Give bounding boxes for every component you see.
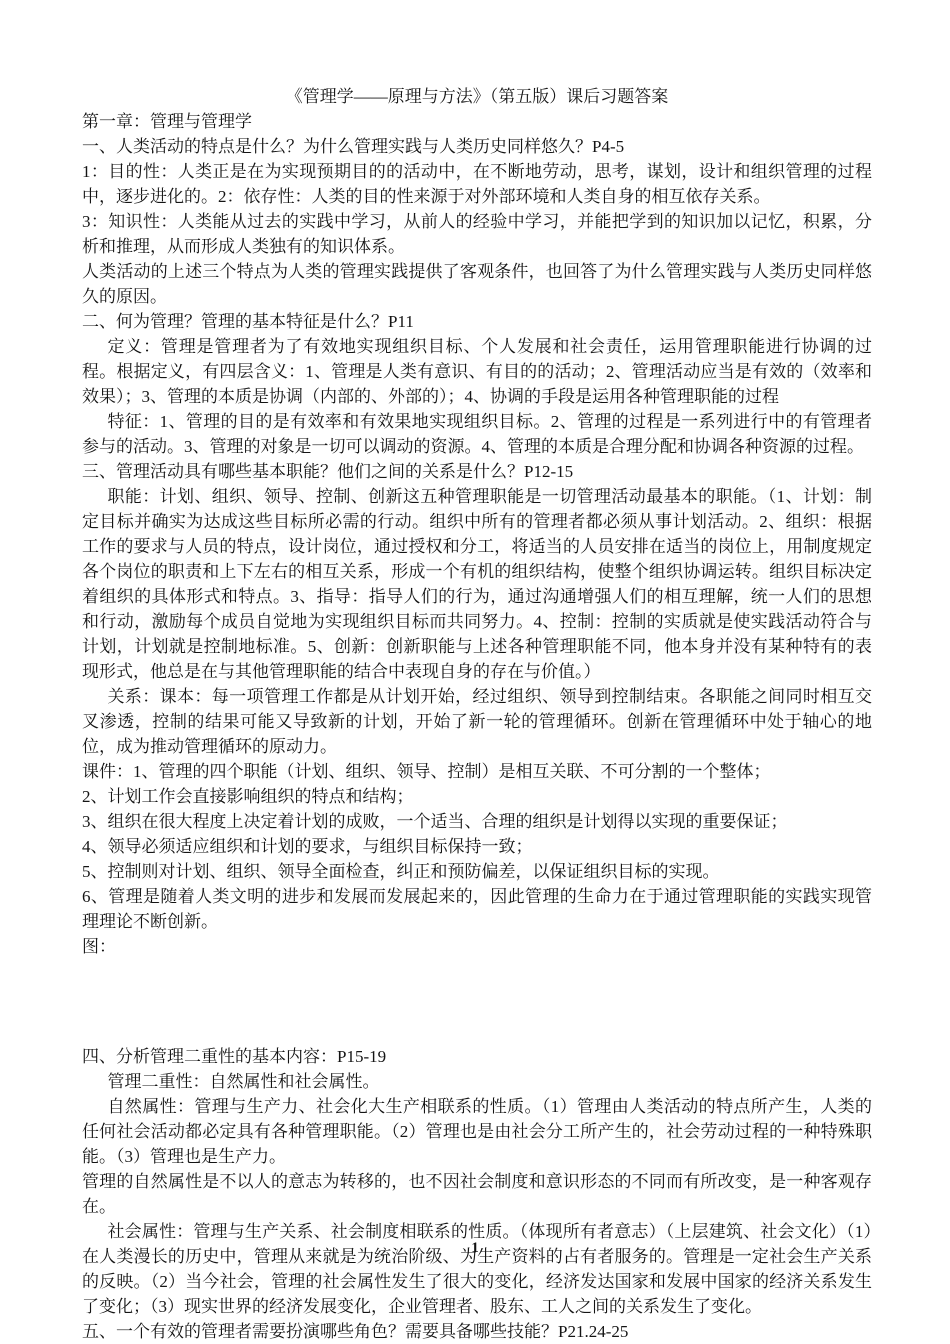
answer-3-courseware-point-2: 2、计划工作会直接影响组织的特点和结构； — [82, 784, 872, 809]
figure-placeholder — [82, 959, 872, 1044]
document-body: 《管理学——原理与方法》（第五版）课后习题答案 第一章：管理与管理学 一、人类活… — [82, 84, 872, 1344]
answer-3-courseware-point-3: 3、组织在很大程度上决定着计划的成败，一个适当、合理的组织是计划得以实现的重要保… — [82, 809, 872, 834]
question-5: 五、一个有效的管理者需要扮演哪些角色？需要具备哪些技能？P21.24-25 — [82, 1319, 872, 1344]
page-number: 1 — [0, 1240, 950, 1257]
answer-3-courseware-point-6: 6、管理是随着人类文明的进步和发展而发展起来的，因此管理的生命力在于通过管理职能… — [82, 884, 872, 934]
document-title-text: 《管理学——原理与方法》（第五版）课后习题答案 — [286, 87, 669, 106]
question-2: 二、何为管理？管理的基本特征是什么？P11 — [82, 309, 872, 334]
answer-3-courseware-point-4: 4、领导必须适应组织和计划的要求，与组织目标保持一致； — [82, 834, 872, 859]
question-3: 三、管理活动具有哪些基本职能？他们之间的关系是什么？P12-15 — [82, 459, 872, 484]
answer-3-courseware-point-5: 5、控制则对计划、组织、领导全面检查，纠正和预防偏差，以保证组织目标的实现。 — [82, 859, 872, 884]
answer-2-definition: 定义：管理是管理者为了有效地实现组织目标、个人发展和社会责任，运用管理职能进行协… — [82, 334, 872, 409]
answer-3-relations: 关系：课本：每一项管理工作都是从计划开始，经过组织、领导到控制结束。各职能之间同… — [82, 684, 872, 759]
answer-2-features: 特征：1、管理的目的是有效率和有效果地实现组织目标。2、管理的过程是一系列进行中… — [82, 409, 872, 459]
answer-3-functions: 职能：计划、组织、领导、控制、创新这五种管理职能是一切管理活动最基本的职能。（1… — [82, 484, 872, 684]
answer-1-points-1-2: 1：目的性：人类正是在为实现预期目的的活动中，在不断地劳动，思考，谋划，设计和组… — [82, 159, 872, 209]
answer-4-duality: 管理二重性：自然属性和社会属性。 — [82, 1069, 872, 1094]
answer-1-summary: 人类活动的上述三个特点为人类的管理实践提供了客观条件，也回答了为什么管理实践与人… — [82, 259, 872, 309]
document-page: 《管理学——原理与方法》（第五版）课后习题答案 第一章：管理与管理学 一、人类活… — [0, 0, 950, 1344]
answer-4-social-attribute: 社会属性：管理与生产关系、社会制度相联系的性质。（体现所有者意志）（上层建筑、社… — [82, 1219, 872, 1319]
answer-3-courseware-point-1: 课件：1、管理的四个职能（计划、组织、领导、控制）是相互关联、不可分割的一个整体… — [82, 759, 872, 784]
answer-4-natural-attribute-note: 管理的自然属性是不以人的意志为转移的，也不因社会制度和意识形态的不同而有所改变，… — [82, 1169, 872, 1219]
question-1: 一、人类活动的特点是什么？为什么管理实践与人类历史同样悠久？P4-5 — [82, 134, 872, 159]
document-title: 《管理学——原理与方法》（第五版）课后习题答案 — [82, 84, 872, 109]
chapter-heading: 第一章：管理与管理学 — [82, 109, 872, 134]
answer-1-point-3: 3：知识性：人类能从过去的实践中学习，从前人的经验中学习，并能把学到的知识加以记… — [82, 209, 872, 259]
question-4: 四、分析管理二重性的基本内容：P15-19 — [82, 1044, 872, 1069]
figure-label: 图： — [82, 934, 872, 959]
answer-4-natural-attribute: 自然属性：管理与生产力、社会化大生产相联系的性质。（1）管理由人类活动的特点所产… — [82, 1094, 872, 1169]
